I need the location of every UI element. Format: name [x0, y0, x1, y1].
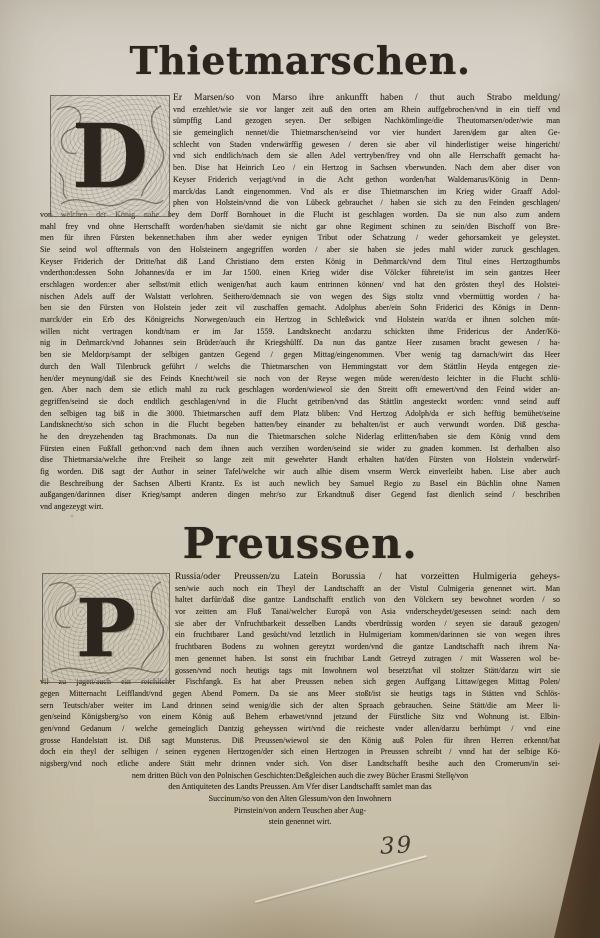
- text-line: Keyser Friderich der Dritte/hat diß Land…: [40, 256, 560, 268]
- text-line: den selbigen tag biß in die 3000. Thietm…: [40, 408, 560, 420]
- text-line: ben sie Meldorp/sampt der selbigen gantz…: [40, 349, 560, 361]
- text-line: ben sie den Fürsten von Holstein jeder z…: [40, 302, 560, 314]
- drop-cap-letter: D: [51, 96, 169, 216]
- text-line: nigsberg/vnd noch etliche andere Stätt m…: [40, 758, 560, 770]
- text-line: nischen Adels auff der Walstatt verlohre…: [40, 291, 560, 303]
- text-line: fig worden. Diß sagt der Author in seine…: [40, 466, 560, 478]
- paragraph-indented-lines: Er Marsen/so von Marso ihre ankunfft hab…: [173, 92, 560, 209]
- ornamental-initial-d: D: [50, 95, 170, 217]
- text-line: willen nicht vertragen kondt/nam er im J…: [40, 326, 560, 338]
- text-line: sen/wie auch noch ein Theyl der Landtsch…: [175, 583, 560, 595]
- text-line: gen/seind Königsberg/so von einem König …: [40, 711, 560, 723]
- paragraph-indented-lines: Russia/oder Preussen/zu Latein Borussia …: [175, 571, 560, 676]
- text-line: vor zeitten am Fluß Tanai/welcher Europā…: [175, 606, 560, 618]
- text-line: ein fruchtbarer Land gesücht/vnd letztli…: [175, 629, 560, 641]
- text-line: gen. Aber nach dem sie etlich mahl zu ru…: [40, 384, 560, 396]
- ornamental-initial-p: P: [42, 573, 170, 683]
- text-line: Keyser Friderich verjagt/vnd in die Acht…: [173, 174, 560, 186]
- text-line: Fürsten einen Fußfall gethon:vnd nach de…: [40, 443, 560, 455]
- text-line: vnderthon:dessen Sohn Johannes/da er im …: [40, 267, 560, 279]
- text-line: sümpffig Land gezogen seyen. Der selbige…: [173, 115, 560, 127]
- text-line: Succinum/so von den Alten Glessum/von de…: [40, 793, 560, 805]
- text-line: den Antiquiteten des Landts Preussen. Am…: [40, 781, 560, 793]
- text-line: außgangen/darinnen diser Krieg/sampt and…: [40, 489, 560, 501]
- text-line: he den dreyzehenden tag Brachmonats. Da …: [40, 431, 560, 443]
- text-line: sie gemeinglich nennet/die Thietmarschen…: [173, 127, 560, 139]
- text-line: fruchtbaren Bodens zu wohnen gereytzt wo…: [175, 641, 560, 653]
- text-line: durch den Wall Tilenbruck geführt / welc…: [40, 361, 560, 373]
- text-line: gen/vnnd Gedanum / welche gemeinglich Da…: [40, 723, 560, 735]
- text-line: hen/der meynung/daß sie des Feinds Knech…: [40, 373, 560, 385]
- text-line: haltet darfür/daß dise gantze Landtschaf…: [175, 594, 560, 606]
- text-line: Landtsknecht/so sich schon in die Flucht…: [40, 419, 560, 431]
- section-title-preussen: Preussen.: [0, 518, 600, 570]
- text-line: vnd angezeygt wirt.: [40, 501, 560, 513]
- text-line: Er Marsen/so von Marso ihre ankunfft hab…: [173, 92, 560, 104]
- paragraph-taper-lines: nem dritten Büch von den Polnischen Gesc…: [40, 770, 560, 828]
- text-line: die Beschreibung der Sachsen Alberti Kra…: [40, 478, 560, 490]
- text-line: schlecht von Staden vnderwärffig gewesen…: [173, 139, 560, 151]
- text-line: nem dritten Büch von den Polnischen Gesc…: [40, 770, 560, 782]
- text-line: marck/das Landt eingenommen. Vnd als er …: [173, 186, 560, 198]
- text-line: ben. Dise hat Heinrich Leo / ein Hertzog…: [173, 162, 560, 174]
- book-page-photo: Thietmarschen. Er Marsen/so von Marso ih…: [0, 0, 600, 938]
- text-line: gegriffen/seind sie doch endtlich geschl…: [40, 396, 560, 408]
- text-line: grosse Handelstatt ist. Diß sagt Munster…: [40, 735, 560, 747]
- handwritten-page-number: 39: [379, 832, 414, 860]
- text-line: men für ihren Fürsten bekennet:haben ihm…: [40, 232, 560, 244]
- text-line: doch ein theyl der selbigen / seinen eyg…: [40, 746, 560, 758]
- paragraph-full-lines: von welchen der König nahe bey dem Dorff…: [40, 209, 560, 501]
- text-line: phen von Holstein/vnnd die von Lübeck ge…: [173, 197, 560, 209]
- text-line: vnd sich endtlich/nach dem sie allen Ade…: [173, 150, 560, 162]
- text-line: Russia/oder Preussen/zu Latein Borussia …: [175, 571, 560, 583]
- drop-cap-letter: P: [43, 574, 169, 682]
- paper-crease: [255, 855, 427, 903]
- text-line: vnd erzehlet/wie sie vor langer zeit auß…: [173, 104, 560, 116]
- text-line: gegen Mitternacht Leifflandt/vnd gegen A…: [40, 688, 560, 700]
- text-line: dise Thietmarsia/welche ihre Freiheit so…: [40, 454, 560, 466]
- text-line: mahl frey vnd ohne Herrschafft worden/ha…: [40, 221, 560, 233]
- text-line: nig in Deñmarck/vnd Johannes sein Brüder…: [40, 337, 560, 349]
- text-line: Pirnstein/von andern Teuschen aber Aug-: [40, 805, 560, 817]
- paragraph-full-lines: vil zu jagen/auch ein reichlicher Fischf…: [40, 676, 560, 770]
- text-line: sern Teutsch/aber weiter im Land drinnen…: [40, 700, 560, 712]
- section-title-thietmarschen: Thietmarschen.: [0, 36, 600, 86]
- text-line: stein genennet wirt.: [40, 816, 560, 828]
- text-line: erschlagen worden:er aber selbst/mit etl…: [40, 279, 560, 291]
- text-line: men genennet haben. Ist sonst ein frucht…: [175, 653, 560, 665]
- text-line: sie aber der Vnfruchtbarkeit desselben L…: [175, 618, 560, 630]
- paragraph-closing-line: vnd angezeygt wirt.: [40, 501, 560, 513]
- text-line: Sie seind wol offtermals von den Holstei…: [40, 244, 560, 256]
- text-line: marck/der ein Erb des Königreichs Norweg…: [40, 314, 560, 326]
- text-line: gossen/vnd noch heutigs tags mit Inwohne…: [175, 665, 560, 677]
